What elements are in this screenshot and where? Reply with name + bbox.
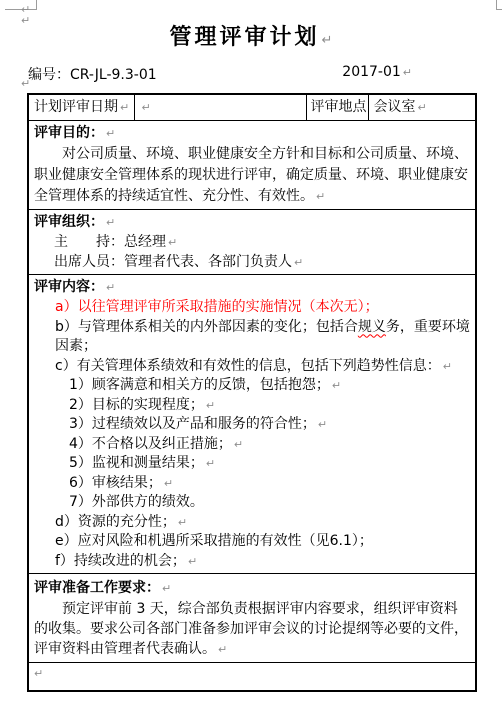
table-row-preparation: 评审准备工作要求：↵ 预定评审前 3 天，综合部负责根据评审内容要求，组织评审资…: [28, 574, 476, 663]
paragraph-mark-icon: ↵: [234, 438, 243, 451]
content-sub-5: 5）监视和测量结果；↵: [34, 454, 470, 474]
paragraph-mark-icon: ↵: [178, 516, 187, 529]
purpose-cell: 评审目的：↵ 对公司质量、环境、职业健康安全方针和目标和公司质量、环境、职业健康…: [28, 121, 476, 210]
location-label: 评审地点: [311, 99, 367, 115]
paragraph-mark-icon: ↵: [294, 256, 303, 269]
organization-cell: 评审组织：↵ 主 持：总经理↵ 出席人员：管理者代表、各部门负责人↵: [28, 210, 476, 275]
plan-date-label: 计划评审日期: [34, 99, 118, 115]
content-item-f: f）持续改进的机会；↵: [34, 552, 470, 572]
preparation-text: 预定评审前 3 天，综合部负责根据评审内容要求，组织评审资料的收集。要求公司各部…: [34, 599, 471, 660]
paragraph-mark-icon: ↵: [106, 281, 115, 294]
content-sub-6: 6）审核结果；↵: [34, 474, 470, 494]
paragraph-mark-icon: ↵: [21, 77, 30, 90]
table-row-header: 计划评审日期↵ ↵ 评审地点↵ 会议室↵: [28, 94, 476, 121]
text-boundary-mark-top-right-icon: [496, 0, 502, 10]
content-sub-1: 1）顾客满意和相关方的反馈，包括抱怨；↵: [34, 376, 470, 396]
purpose-text: 对公司质量、环境、职业健康安全方针和目标和公司质量、环境、职业健康安全管理体系的…: [34, 144, 470, 207]
organization-host: 主 持：总经理↵: [34, 233, 470, 253]
empty-cell: ↵: [28, 663, 476, 691]
doc-number: 编号：CR-JL-9.3-01: [28, 64, 157, 84]
page-title-text: 管理评审计划: [170, 25, 320, 50]
content-item-d: d）资源的充分性；↵: [34, 513, 470, 533]
content-item-b: b）与管理体系相关的内外部因素的变化；包括合规义务，重要环境因素；: [34, 318, 470, 357]
paragraph-mark-icon: ↵: [188, 555, 197, 568]
content-item-e: e）应对风险和机遇所采取措施的有效性（见6.1）；: [34, 532, 470, 552]
content-sub-2: 2）目标的实现程度；↵: [34, 396, 470, 416]
paragraph-mark-icon: ↵: [34, 667, 43, 680]
paragraph-mark-icon: ↵: [318, 418, 327, 431]
table-row-organization: 评审组织：↵ 主 持：总经理↵ 出席人员：管理者代表、各部门负责人↵: [28, 210, 476, 275]
doc-date-wrap: 2017-01↵: [342, 64, 412, 84]
content-cell: 评审内容：↵ a）以往管理评审所采取措施的实施情况（本次无）； b）与管理体系相…: [28, 275, 476, 574]
content-item-a: a）以往管理评审所采取措施的实施情况（本次无）；: [34, 298, 470, 318]
doc-meta-line: 编号：CR-JL-9.3-01 2017-01↵: [28, 64, 474, 84]
paragraph-mark-icon: ↵: [403, 66, 412, 79]
purpose-label: 评审目的：: [34, 125, 104, 141]
paragraph-mark-icon: ↵: [120, 101, 129, 114]
paragraph-mark-icon: ↵: [443, 360, 452, 373]
preparation-cell: 评审准备工作要求：↵ 预定评审前 3 天，综合部负责根据评审内容要求，组织评审资…: [28, 574, 476, 663]
page-title: 管理评审计划↵: [0, 0, 502, 51]
paragraph-mark-icon: ↵: [164, 477, 173, 490]
paragraph-mark-icon: ↵: [206, 399, 215, 412]
location-label-cell: 评审地点↵: [306, 94, 368, 121]
review-plan-table: 计划评审日期↵ ↵ 评审地点↵ 会议室↵ 评审目的：↵ 对公司质量、环境、职业健…: [27, 93, 477, 692]
paragraph-mark-icon: ↵: [106, 216, 115, 229]
content-sub-7: 7）外部供方的绩效。: [34, 493, 470, 513]
table-row-empty: ↵: [28, 663, 476, 691]
paragraph-mark-icon: ↵: [21, 14, 30, 27]
preparation-label: 评审准备工作要求：: [34, 580, 160, 596]
location-value: 会议室: [374, 99, 416, 115]
paragraph-mark-icon: ↵: [168, 236, 177, 249]
paragraph-mark-icon: ↵: [218, 643, 227, 656]
paragraph-mark-icon: ↵: [162, 582, 171, 595]
plan-date-label-cell: 计划评审日期↵: [28, 94, 134, 121]
content-item-c: c）有关管理体系绩效和有效性的信息，包括下列趋势性信息：↵: [34, 357, 470, 377]
paragraph-mark-icon: ↵: [322, 33, 333, 48]
paragraph-mark-icon: ↵: [142, 101, 151, 114]
paragraph-mark-icon: ↵: [332, 379, 341, 392]
content-label: 评审内容：: [34, 279, 104, 295]
content-sub-3: 3）过程绩效以及产品和服务的符合性；↵: [34, 415, 470, 435]
spellcheck-wavy-underline: 规义: [358, 319, 386, 335]
content-sub-4: 4）不合格以及纠正措施；↵: [34, 435, 470, 455]
paragraph-mark-icon: ↵: [316, 190, 325, 203]
plan-date-value-cell: ↵: [134, 94, 306, 121]
organization-label: 评审组织：: [34, 214, 104, 230]
doc-date: 2017-01: [342, 64, 401, 80]
paragraph-mark-icon: ↵: [106, 127, 115, 140]
paragraph-mark-icon: ↵: [418, 101, 427, 114]
table-row-content: 评审内容：↵ a）以往管理评审所采取措施的实施情况（本次无）； b）与管理体系相…: [28, 275, 476, 574]
document-page: { "marks": { "pilcrow": "↵" }, "title": …: [0, 0, 502, 707]
paragraph-mark-icon: ↵: [206, 457, 215, 470]
organization-attendees: 出席人员：管理者代表、各部门负责人↵: [34, 253, 470, 273]
table-row-purpose: 评审目的：↵ 对公司质量、环境、职业健康安全方针和目标和公司质量、环境、职业健康…: [28, 121, 476, 210]
location-value-cell: 会议室↵: [368, 94, 476, 121]
